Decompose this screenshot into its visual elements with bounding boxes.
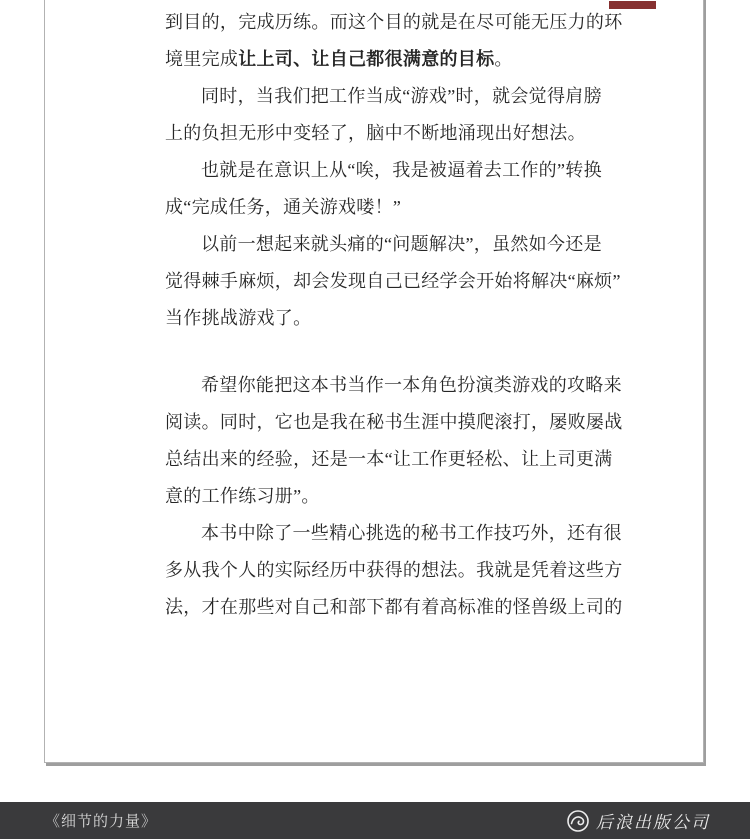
body-text: 上的负担无形中变轻了，脑中不断地涌现出好想法。 [165, 123, 586, 143]
body-text: 本书中除了一些精心挑选的秘书工作技巧外，还有很 [201, 523, 622, 543]
paragraph: 希望你能把这本书当作一本角色扮演类游戏的攻略来阅读。同时，它也是我在秘书生涯中摸… [165, 367, 631, 515]
body-text: 同时，当我们把工作当成“游戏”时，就会觉得肩膀 [201, 86, 602, 106]
publisher-brand: 后浪出版公司 [566, 808, 710, 833]
paragraph: 到目的，完成历练。而这个目的就是在尽可能无压力的环境里完成让上司、让自己都很满意… [165, 4, 631, 78]
reader-stage: 到目的，完成历练。而这个目的就是在尽可能无压力的环境里完成让上司、让自己都很满意… [0, 0, 750, 839]
body-text: 希望你能把这本书当作一本角色扮演类游戏的攻略来 [201, 375, 622, 395]
highlight-marker [609, 1, 656, 9]
book-page[interactable]: 到目的，完成历练。而这个目的就是在尽可能无压力的环境里完成让上司、让自己都很满意… [44, 0, 704, 763]
emphasis-text: 让上司、让自己都很满意的目标 [238, 49, 494, 69]
body-text: 到目的，完成历练。而这个目的就是在尽可能无压力的环 [165, 12, 623, 32]
footer-book-title: 《细节的力量》 [45, 810, 157, 831]
body-text: 以前一想起来就头痛的“问题解决”，虽然如今还是 [201, 234, 602, 254]
body-text: 意的工作练习册”。 [165, 486, 320, 506]
paragraph: 以前一想起来就头痛的“问题解决”，虽然如今还是觉得棘手麻烦，却会发现自己已经学会… [165, 226, 631, 337]
body-text: 也就是在意识上从“唉，我是被逼着去工作的”转换 [201, 160, 602, 180]
body-text: 。 [494, 49, 512, 69]
paragraph: 同时，当我们把工作当成“游戏”时，就会觉得肩膀上的负担无形中变轻了，脑中不断地涌… [165, 78, 631, 152]
wave-logo-icon [566, 809, 590, 833]
paragraph: 也就是在意识上从“唉，我是被逼着去工作的”转换成“完成任务，通关游戏喽！” [165, 152, 631, 226]
text-block: 到目的，完成历练。而这个目的就是在尽可能无压力的环境里完成让上司、让自己都很满意… [165, 4, 631, 626]
paragraph: 本书中除了一些精心挑选的秘书工作技巧外，还有很多从我个人的实际经历中获得的想法。… [165, 515, 631, 626]
body-text: 当作挑战游戏了。 [165, 308, 311, 328]
body-text: 多从我个人的实际经历中获得的想法。我就是凭着这些方 [165, 560, 623, 580]
body-text: 成“完成任务，通关游戏喽！” [165, 197, 401, 217]
body-text: 总结出来的经验，还是一本“让工作更轻松、让上司更满 [165, 449, 613, 469]
body-text: 阅读。同时，它也是我在秘书生涯中摸爬滚打，屡败屡战 [165, 412, 623, 432]
footer-bar: 《细节的力量》 后浪出版公司 [0, 802, 750, 839]
body-text: 觉得棘手麻烦，却会发现自己已经学会开始将解决“麻烦” [165, 271, 621, 291]
body-text: 境里完成 [165, 49, 238, 69]
footer-publisher-name: 后浪出版公司 [596, 808, 710, 833]
body-text: 法，才在那些对自己和部下都有着高标准的怪兽级上司的 [165, 597, 623, 617]
